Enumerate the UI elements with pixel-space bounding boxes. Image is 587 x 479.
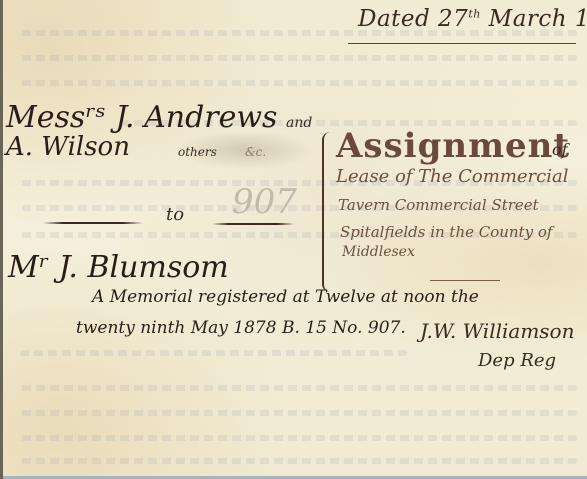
signature-name: J.W. Williamson — [420, 319, 574, 343]
bleed-through-text — [20, 385, 577, 391]
date-ordinal: th — [468, 7, 481, 20]
bleed-through-text — [20, 435, 577, 441]
party-first: Messʳˢ J. Andrews — [6, 100, 277, 135]
subject-line-4: Middlesex — [342, 244, 415, 260]
party-second-etc: &c. — [245, 145, 266, 159]
signature-title: Dep Reg — [478, 350, 556, 371]
bleed-through-text — [20, 80, 577, 86]
bleed-through-text — [20, 410, 577, 416]
bleed-through-text — [20, 350, 407, 356]
subject-line-1: Lease of The Commercial — [336, 166, 568, 187]
connector-to: to — [166, 204, 184, 225]
subject-line-3: Spitalfields in the County of — [340, 223, 552, 241]
document-title: Assignment — [336, 126, 570, 166]
document-title-of: of — [552, 140, 568, 159]
connector-rule-left — [43, 222, 143, 224]
date-month-year: March 1878 — [481, 6, 587, 32]
bleed-through-text — [20, 458, 577, 464]
brace-divider — [322, 132, 334, 292]
subject-line-2: Tavern Commercial Street — [338, 196, 539, 214]
pencil-annotation: 907 — [232, 182, 297, 222]
party-conjunction: and — [286, 115, 312, 131]
party-second: A. Wilson — [6, 132, 130, 162]
date-line: Dated 27th March 1878 — [358, 6, 587, 32]
subject-underline — [430, 280, 500, 281]
party-second-others: others — [178, 145, 217, 159]
date-underline — [348, 43, 576, 44]
memorial-line-1: A Memorial registered at Twelve at noon … — [92, 287, 479, 307]
bleed-through-text — [20, 55, 577, 61]
connector-rule-right — [212, 223, 294, 225]
date-text: Dated 27 — [358, 6, 468, 32]
deed-document: Dated 27th March 1878 Messʳˢ J. Andrews … — [0, 0, 587, 479]
memorial-line-2: twenty ninth May 1878 B. 15 No. 907. — [76, 318, 406, 338]
party-third: Mʳ J. Blumsom — [8, 250, 229, 285]
